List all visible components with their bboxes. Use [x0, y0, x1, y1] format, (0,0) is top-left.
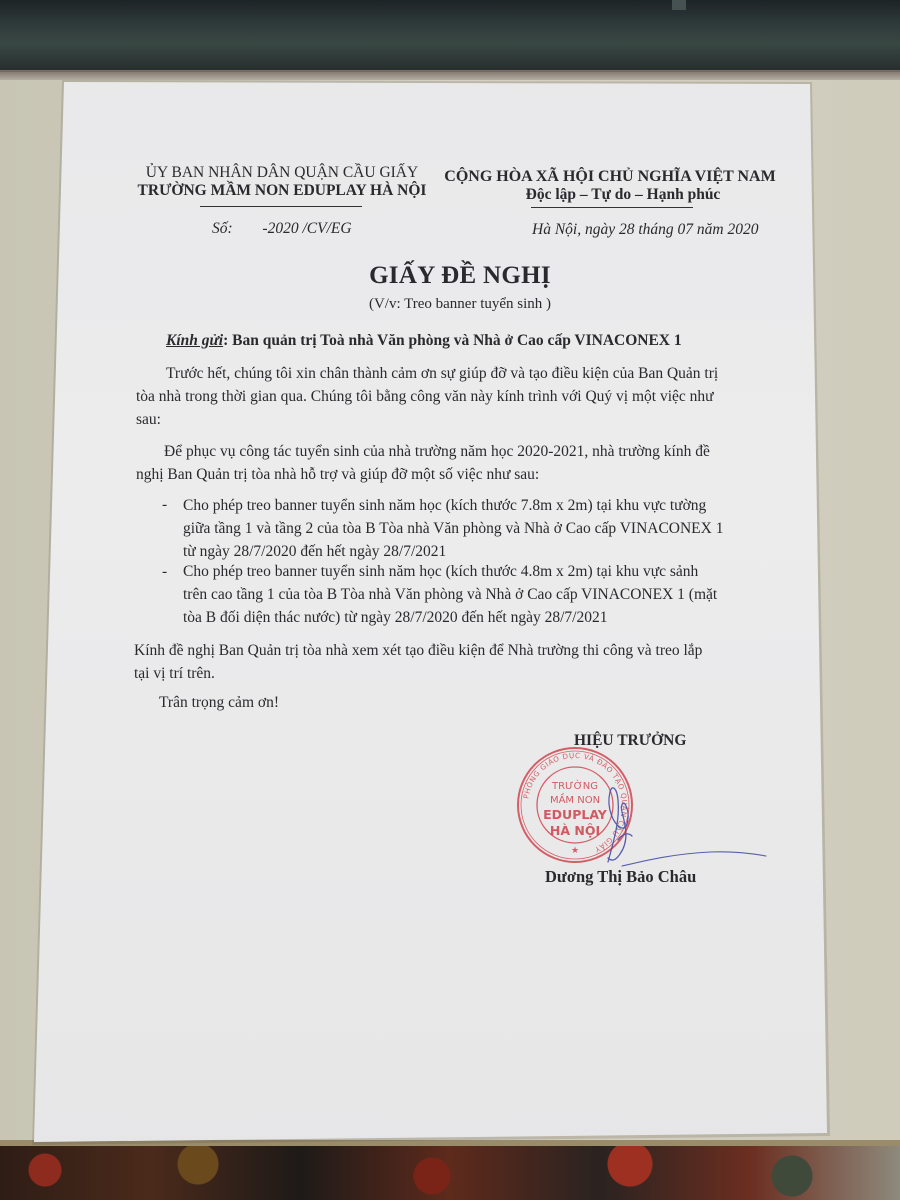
- recipient-name: Ban quản trị Toà nhà Văn phòng và Nhà ở …: [232, 332, 681, 349]
- document-title: GIẤY ĐỀ NGHỊ: [150, 266, 770, 286]
- reference-value: -2020 /CV/EG: [262, 220, 351, 237]
- reference-label: Số:: [212, 220, 233, 237]
- bullet-marker: -: [162, 563, 167, 581]
- paragraph-line: nghị Ban Quản trị tòa nhà hỗ trợ và giúp…: [136, 463, 766, 486]
- bullet-marker: -: [162, 496, 167, 514]
- paragraph-line: Trước hết, chúng tôi xin chân thành cảm …: [136, 362, 766, 385]
- recipient-label: Kính gửi: [166, 332, 223, 349]
- bullet-line: giữa tầng 1 và tầng 2 của tòa B Tòa nhà …: [183, 517, 773, 540]
- bullet-line: tòa B đối diện thác nước) từ ngày 28/7/2…: [183, 606, 773, 629]
- header-right-rule: [531, 207, 693, 208]
- paragraph-line: sau:: [136, 408, 766, 431]
- bullet-line: Cho phép treo banner tuyển sinh năm học …: [183, 560, 773, 583]
- recipient-separator: :: [223, 332, 232, 349]
- handwritten-signature: [570, 770, 770, 870]
- signatory-name: Dương Thị Bảo Châu: [545, 867, 696, 887]
- bullet-item-1: Cho phép treo banner tuyển sinh năm học …: [183, 494, 773, 563]
- paragraph-request-intro: Để phục vụ công tác tuyển sinh của nhà t…: [136, 440, 766, 486]
- paragraph-line: tại vị trí trên.: [134, 662, 774, 685]
- paragraph-line: Kính đề nghị Ban Quản trị tòa nhà xem xé…: [134, 639, 774, 662]
- issuing-authority: ỦY BAN NHÂN DÂN QUẬN CẦU GIẤY: [132, 163, 432, 183]
- national-motto: Độc lập – Tự do – Hạnh phúc: [438, 185, 808, 205]
- reference-number: Số: -2020 /CV/EG: [212, 219, 352, 239]
- paragraph-line: Để phục vụ công tác tuyển sinh của nhà t…: [136, 440, 766, 463]
- nation-name: CỘNG HÒA XÃ HỘI CHỦ NGHĨA VIỆT NAM: [425, 167, 795, 187]
- header-left-rule: [200, 206, 362, 207]
- bullet-item-2: Cho phép treo banner tuyển sinh năm học …: [183, 560, 773, 629]
- recipient-line: Kính gửi: Ban quản trị Toà nhà Văn phòng…: [166, 331, 682, 351]
- document: ỦY BAN NHÂN DÂN QUẬN CẦU GIẤY TRƯỜNG MẦM…: [0, 0, 900, 1200]
- school-name: TRƯỜNG MẦM NON EDUPLAY HÀ NỘI: [132, 181, 432, 201]
- paragraph-line: tòa nhà trong thời gian qua. Chúng tôi b…: [136, 385, 766, 408]
- document-subject: (V/v: Treo banner tuyển sinh ): [150, 294, 770, 314]
- closing-thanks: Trân trọng cảm ơn!: [159, 693, 279, 713]
- bullet-line: Cho phép treo banner tuyển sinh năm học …: [183, 494, 773, 517]
- paragraph-closing-request: Kính đề nghị Ban Quản trị tòa nhà xem xé…: [134, 639, 774, 685]
- place-and-date: Hà Nội, ngày 28 tháng 07 năm 2020: [532, 220, 758, 240]
- bullet-line: trên cao tầng 1 của tòa B Tòa nhà Văn ph…: [183, 583, 773, 606]
- paragraph-gratitude: Trước hết, chúng tôi xin chân thành cảm …: [136, 362, 766, 431]
